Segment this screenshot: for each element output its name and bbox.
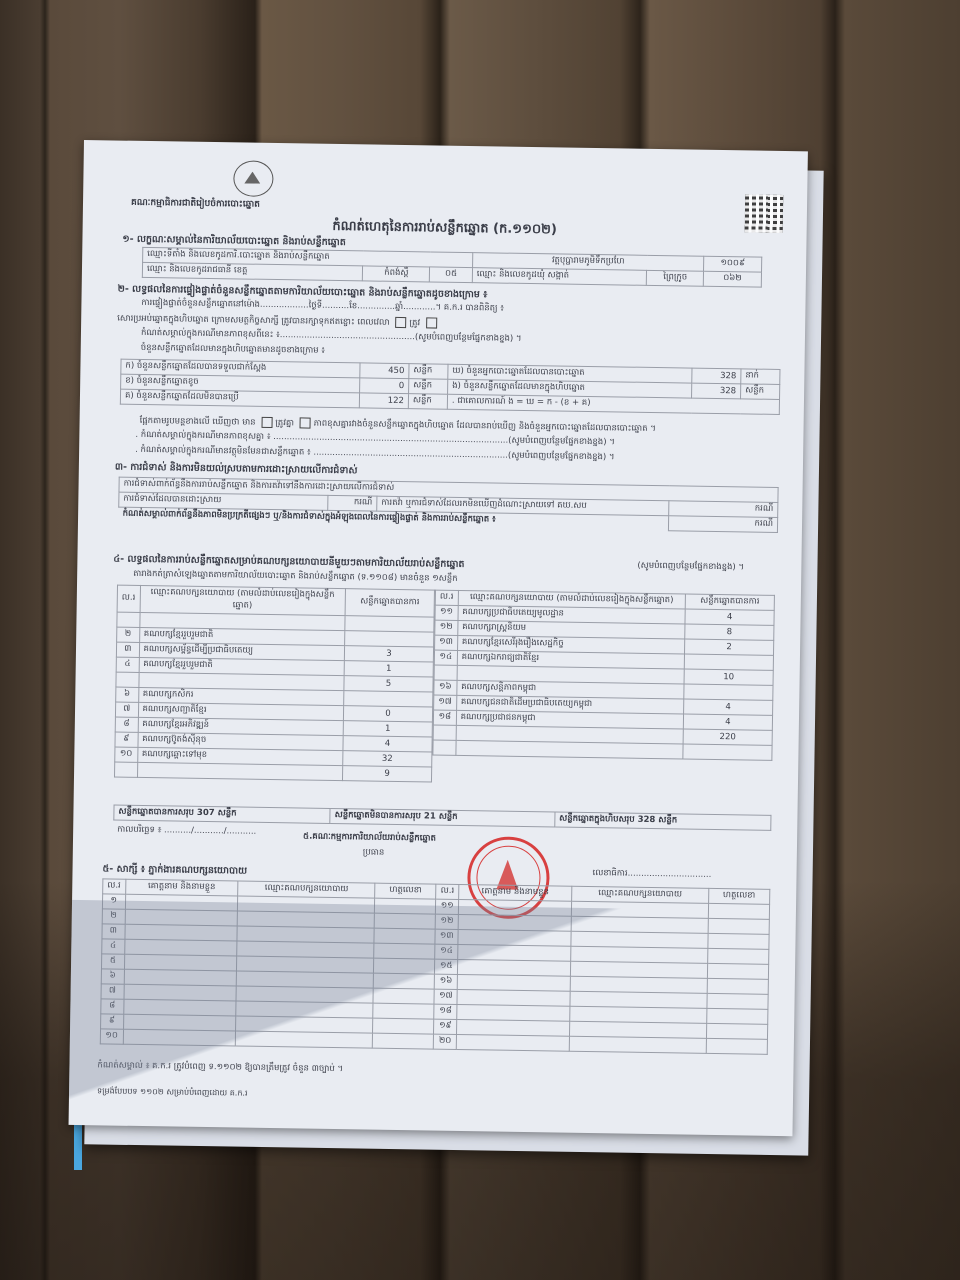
witness-number: ១១ [436, 899, 459, 914]
witness-number: ១២ [436, 914, 459, 929]
checkbox-match[interactable] [261, 417, 272, 428]
witness-number: ៩ [101, 1014, 124, 1029]
party-number: ៨ [115, 717, 138, 732]
party-number: ៤ [116, 657, 139, 672]
witness-table: ល.រ គោត្តនាម និងនាមខ្លួន ឈ្មោះគណបក្សនយោប… [100, 878, 771, 1054]
province-code: ០៥ [430, 267, 473, 283]
witness-number: ៦ [101, 969, 124, 984]
party-number [433, 725, 456, 740]
party-votes [684, 684, 773, 700]
witness-number: ១ [102, 894, 125, 909]
witness-number: ៨ [101, 999, 124, 1014]
party-votes: 32 [343, 751, 432, 767]
footer-form-note: ទម្រង់បែបបទ ១១០២ សម្រាប់បំពេញដោយ គ.ក.រ [97, 1085, 248, 1099]
witness-number: ៤ [102, 939, 125, 954]
party-votes [345, 631, 434, 647]
witness-number: ៣ [102, 924, 125, 939]
commune-name: ព្រៃក្រូច [647, 270, 704, 286]
voters-count: 328 [692, 368, 741, 384]
party-votes: 8 [685, 624, 774, 640]
party-number [434, 665, 457, 680]
committee-officer: ៥.គណៈកម្មការការិយាល័យរាប់សន្លឹកឆ្នោត [303, 832, 436, 846]
party-number: ៧ [115, 702, 138, 717]
party-votes [683, 744, 772, 760]
date-line: កាលបរិច្ឆេទ ៖ ........../.........../...… [117, 825, 256, 839]
party-votes: 1 [343, 721, 432, 737]
party-name [456, 740, 684, 759]
checkbox-wrong[interactable] [426, 317, 437, 328]
party-votes: 4 [684, 699, 773, 715]
party-votes: 9 [342, 766, 431, 782]
witness-number: ៥ [101, 954, 124, 969]
party-number [116, 672, 139, 687]
party-votes: 4 [683, 714, 772, 730]
witness-number: ១៤ [435, 944, 458, 959]
party-number: ១៤ [434, 650, 457, 665]
party-number: ១០ [115, 747, 138, 762]
province-name: កំពង់ស្ពឺ [363, 266, 430, 282]
total-valid: សន្លឹកឆ្នោតបានការសរុប 307 សន្លឹក [114, 805, 330, 823]
witness-number: ៧ [101, 984, 124, 999]
party-number: ១៣ [435, 635, 458, 650]
party-number: ៩ [115, 732, 138, 747]
witness-number: ២០ [434, 1034, 457, 1049]
tally-sheet-note: តារាងកត់ត្រាសំឡេងឆ្នោតតាមការិយាល័យបោះឆ្ន… [133, 569, 458, 586]
commune-code: ០៦២ [704, 271, 762, 287]
station-info-table: ឈ្មោះទីតាំង និងលេខកូដការិ.បោះឆ្នោត និងរា… [142, 247, 762, 288]
ballots-in-box-count: 328 [692, 383, 741, 399]
party-name [137, 762, 343, 780]
witness-number: ១៧ [434, 989, 457, 1004]
section3-heading: ៣- ការជំទាស់ និងការមិនយល់ស្របតាមការដោះស្… [115, 461, 358, 479]
witness-number: ១៨ [434, 1004, 457, 1019]
witness-number: ២ [102, 909, 125, 924]
witness-number: ១៩ [434, 1019, 457, 1034]
party-votes: 5 [344, 676, 433, 692]
party-number: ៣ [116, 642, 139, 657]
party-votes [345, 616, 434, 632]
received-count: 450 [360, 363, 409, 379]
party-number: ១១ [435, 605, 458, 620]
witness-number: ១៦ [435, 974, 458, 989]
party-votes: 220 [683, 729, 772, 745]
chairman-label: ប្រធាន [363, 847, 385, 859]
party-votes: 4 [685, 609, 774, 625]
checkbox-correct[interactable] [395, 317, 406, 328]
party-number: ១៨ [433, 710, 456, 725]
section5-heading: ៥- សាក្សី ៖ ភ្នាក់ងារគណបក្សនយោបាយ [102, 862, 247, 878]
party-number: ៦ [116, 687, 139, 702]
commune-label: ឈ្មោះ និងលេខកូដឃុំ សង្កាត់ [472, 268, 647, 286]
ballot-count-table: ក) ចំនួនសន្លឹកឆ្នោតដែលបានទទួលជាក់ស្តែង 4… [120, 359, 781, 415]
party-number [117, 612, 140, 627]
results-table-right: ល.រ ឈ្មោះគណបក្សនយោបាយ (តាមលំដាប់លេខរៀងក្… [432, 590, 775, 761]
election-form-sheet: គណៈកម្មាធិការជាតិរៀបចំការបោះឆ្នោត កំណត់ហ… [69, 140, 808, 1136]
party-number: ១៦ [434, 680, 457, 695]
ballot-count-intro: ចំនួនសន្លឹកឆ្នោតដែលមានក្នុងហិបឆ្នោតមានដូ… [141, 343, 325, 358]
party-number: ១២ [435, 620, 458, 635]
objections-table: ការជំទាស់ពាក់ព័ន្ធនឹងការរាប់សន្លឹកឆ្នោត … [118, 477, 779, 533]
party-votes: 4 [343, 736, 432, 752]
party-votes: 0 [343, 706, 432, 722]
party-votes: 2 [685, 639, 774, 655]
party-number [114, 762, 137, 777]
emblem-icon [233, 160, 274, 197]
witness-number: ១៣ [435, 929, 458, 944]
party-votes: 3 [344, 646, 433, 662]
footer-note: កំណត់សម្គាល់ ៖ គ.ក.រ ត្រូវបំពេញ ទ.១១០២ ឱ… [97, 1060, 343, 1076]
unused-count: 122 [359, 393, 408, 409]
party-votes: 10 [684, 669, 773, 685]
party-number [433, 740, 456, 755]
total-invalid: សន្លឹកឆ្នោតមិនបានការសរុប 21 សន្លឹក [330, 808, 555, 827]
committee-name: គណៈកម្មាធិការជាតិរៀបចំការបោះឆ្នោត [131, 197, 260, 212]
party-votes: 1 [344, 661, 433, 677]
results-table-left: ល.រ ឈ្មោះគណបក្សនយោបាយ (តាមលំដាប់លេខរៀងក្… [114, 585, 435, 783]
witness-number: ១៥ [435, 959, 458, 974]
party-number: ១៧ [434, 695, 457, 710]
party-votes [344, 691, 433, 707]
total-ballots: សន្លឹកឆ្នោតក្នុងហិបសរុប 328 សន្លឹក [555, 812, 771, 830]
province-label: ឈ្មោះ និងលេខកូដរាជធានី ខេត្ត [142, 262, 363, 280]
secretary-label: លេខាធិការ............................... [592, 868, 711, 882]
party-number: ២ [117, 627, 140, 642]
party-votes [684, 654, 773, 670]
checkbox-mismatch[interactable] [300, 417, 311, 428]
spoiled-count: 0 [360, 378, 409, 394]
witness-number: ១០ [100, 1029, 123, 1044]
station-code: ១០០៩ [704, 256, 762, 272]
